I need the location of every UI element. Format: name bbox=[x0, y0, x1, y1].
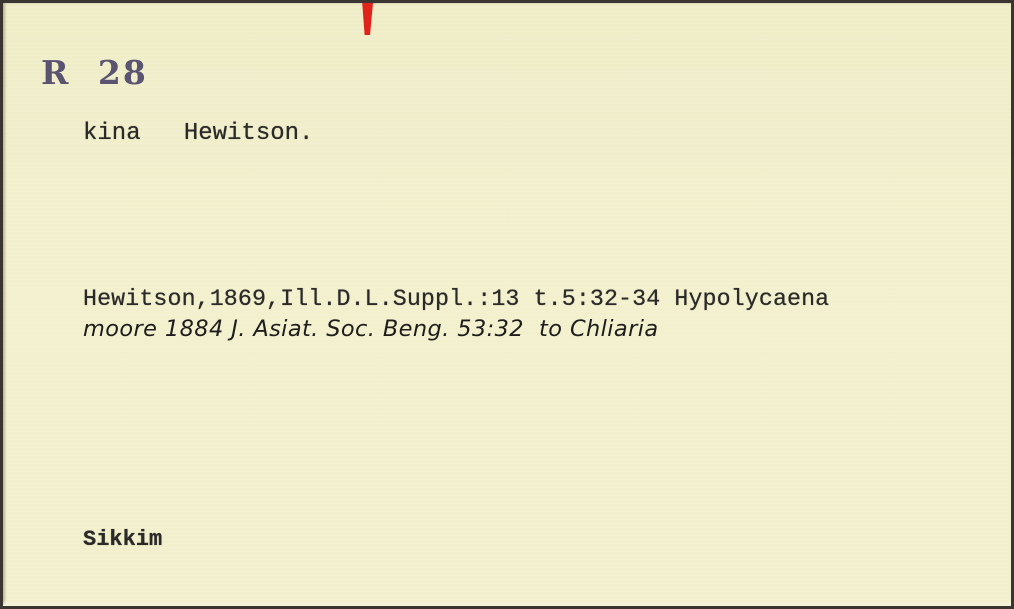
catalog-stamp: R 28 bbox=[41, 53, 148, 92]
handwritten-citation: moore 1884 J. Asiat. Soc. Beng. 53:32 to… bbox=[83, 317, 659, 342]
index-card: R 28 kina Hewitson. Hewitson,1869,Ill.D.… bbox=[3, 3, 1011, 606]
typed-citation: Hewitson,1869,Ill.D.L.Suppl.:13 t.5:32-3… bbox=[83, 286, 829, 312]
species-name-line: kina Hewitson. bbox=[83, 120, 313, 147]
locality: Sikkim bbox=[83, 527, 162, 552]
red-tab-marker bbox=[361, 3, 373, 35]
